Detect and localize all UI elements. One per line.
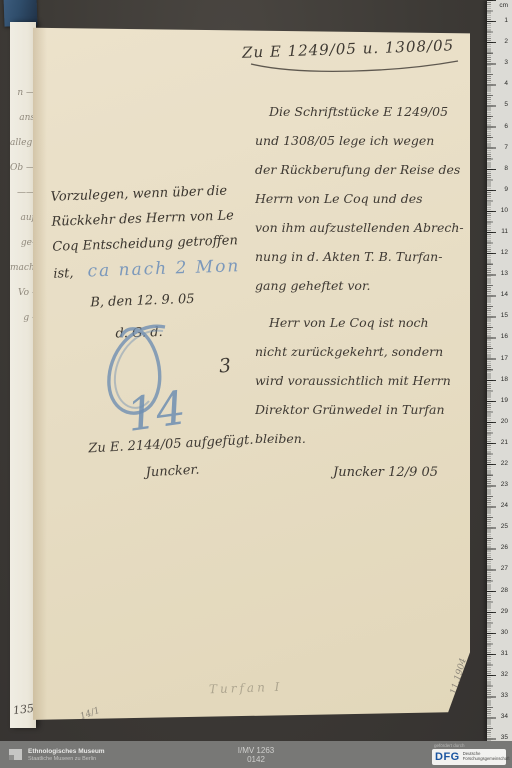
ruler-tick-label: 6 — [504, 123, 508, 130]
ruler-row: 5 — [487, 94, 512, 115]
previous-page-edge: n —ansalleg.Ob ———aufge-machenVo -g - 13… — [10, 22, 36, 728]
ruler-row: 20 — [487, 411, 512, 432]
handwriting-fragment: g - — [10, 313, 35, 338]
ruler-tick-label: 25 — [501, 523, 508, 530]
main-note-text: Die Schriftstücke E 1249/05und 1308/05 l… — [255, 97, 469, 487]
ruler-row: 28 — [487, 580, 512, 601]
handwriting-fragment: Vo - — [10, 288, 35, 313]
ruler-tick-label: 15 — [501, 312, 508, 319]
ruler-row: 25 — [487, 516, 512, 537]
ruler-row: 22 — [487, 453, 512, 474]
ruler-tick-label: 13 — [501, 270, 508, 277]
ruler-tick-label: 7 — [504, 144, 508, 151]
handwriting-line: nung in d. Akten T. B. Turfan- — [255, 242, 469, 271]
funding-credit: gefördert durch DFG Deutsche Forschungsg… — [432, 743, 506, 765]
handwriting-line: nicht zurückgekehrt, sondern — [255, 337, 469, 366]
ruler-row: 21 — [487, 432, 512, 453]
handwriting-line: Herr von Le Coq ist noch — [255, 308, 469, 337]
document-page: Zu E 1249/05 u. 1308/05 Die Schriftstück… — [33, 25, 470, 722]
pencil-stamp-turfan: Turfan I — [209, 680, 283, 697]
main-note-paragraph-1: Die Schriftstücke E 1249/05und 1308/05 l… — [255, 97, 469, 300]
ruler-row: cm — [487, 0, 512, 10]
ruler-row: 33 — [487, 685, 512, 706]
ruler-row: 27 — [487, 558, 512, 579]
ruler-tick-label: 8 — [504, 165, 508, 172]
line-prefix: ist, — [53, 266, 74, 282]
ruler-tick-label: 16 — [501, 333, 508, 340]
file-reference-header: Zu E 1249/05 u. 1308/05 — [242, 36, 455, 61]
ruler-tick-label: cm — [499, 2, 508, 9]
ruler-row: 14 — [487, 284, 512, 305]
ruler-row: 3 — [487, 52, 512, 73]
blue-pencil-addition: ca nach 2 Mon — [87, 256, 240, 281]
corner-pencil-date: 11.1904 — [449, 657, 469, 696]
ruler-tick-label: 10 — [501, 207, 508, 214]
folio-fraction: 14/1 — [79, 706, 101, 722]
funding-note: gefördert durch — [434, 743, 465, 748]
ruler-row: 8 — [487, 158, 512, 179]
ink-count-mark: 3 — [218, 354, 232, 377]
ruler: cm 1 2 3 4 5 6 7 8 9 10 11 — [487, 0, 512, 741]
ruler-tick-label: 29 — [501, 608, 508, 615]
ruler-tick-label: 20 — [501, 418, 508, 425]
ruler-row: 31 — [487, 643, 512, 664]
handwriting-line: gang geheftet vor. — [255, 271, 469, 300]
marginal-lines: Vorzulegen, wenn über dieRückkehr des He… — [50, 177, 264, 259]
ruler-row: 13 — [487, 263, 512, 284]
ruler-row: 1 — [487, 10, 512, 31]
ruler-row: 16 — [487, 326, 512, 347]
ruler-row: 6 — [487, 115, 512, 136]
dfg-full-name: Deutsche Forschungsgemeinschaft — [463, 752, 510, 762]
ruler-row: 24 — [487, 495, 512, 516]
ruler-row: 11 — [487, 221, 512, 242]
ruler-tick-label: 31 — [501, 650, 508, 657]
handwriting-fragment: —— — [10, 188, 35, 213]
filing-note: Zu E. 2144/05 aufgefügt. Juncker. — [88, 427, 256, 490]
ruler-row: 9 — [487, 179, 512, 200]
ruler-tick-label: 2 — [504, 38, 508, 45]
ruler-row: 35 — [487, 727, 512, 741]
ruler-tick-label: 33 — [501, 692, 508, 699]
ruler-tick-label: 12 — [501, 249, 508, 256]
main-note-paragraph-2: Herr von Le Coq ist nochnicht zurückgeke… — [255, 308, 469, 453]
ruler-row: 34 — [487, 706, 512, 727]
ruler-row: 7 — [487, 137, 512, 158]
ruler-tick-label: 5 — [504, 101, 508, 108]
handwriting-fragment: ge- — [10, 238, 35, 263]
handwriting-line: wird voraussichtlich mit Herrn — [255, 366, 469, 395]
ruler-tick-label: 21 — [501, 439, 508, 446]
blue-pencil-number-mark: 14 — [83, 319, 218, 447]
folio-number-previous: 135 — [12, 702, 34, 717]
ruler-row: 2 — [487, 31, 512, 52]
ruler-tick-label: 19 — [501, 397, 508, 404]
place-date-line: B, den 12. 9. 05 — [54, 284, 267, 316]
ruler-row: 30 — [487, 622, 512, 643]
handwriting-line: ist, ca nach 2 Mon — [53, 254, 266, 286]
ruler-tick-label: 17 — [501, 355, 508, 362]
dfg-logo: DFG Deutsche Forschungsgemeinschaft — [432, 749, 506, 765]
ruler-row: 18 — [487, 369, 512, 390]
dfg-acronym: DFG — [435, 751, 460, 763]
ruler-tick-label: 18 — [501, 376, 508, 383]
handwriting-line: bleiben. — [255, 424, 469, 453]
ruler-row: 32 — [487, 664, 512, 685]
ruler-tick-label: 35 — [501, 734, 508, 741]
ruler-row: 23 — [487, 474, 512, 495]
ruler-tick-label: 26 — [501, 544, 508, 551]
ruler-tick-label: 1 — [504, 17, 508, 24]
handwriting-line: Direktor Grünwedel in Turfan — [255, 395, 469, 424]
folio-number-current: 136 — [63, 722, 86, 738]
handwriting-fragment: ans — [10, 113, 35, 138]
handwriting-line: und 1308/05 lege ich wegen — [255, 126, 469, 155]
ruler-row: 10 — [487, 200, 512, 221]
ruler-scale: cm 1 2 3 4 5 6 7 8 9 10 11 — [487, 0, 512, 741]
ruler-tick-label: 28 — [501, 587, 508, 594]
ruler-row: 17 — [487, 348, 512, 369]
ruler-row: 15 — [487, 305, 512, 326]
ruler-tick-label: 34 — [501, 713, 508, 720]
ruler-tick-label: 23 — [501, 481, 508, 488]
handwriting-fragment: alleg. — [10, 138, 35, 163]
dfg-name-line2: Forschungsgemeinschaft — [463, 756, 510, 761]
ruler-row: 4 — [487, 73, 512, 94]
underline-flourish — [247, 59, 462, 77]
ruler-tick-label: 30 — [501, 629, 508, 636]
ruler-tick-label: 22 — [501, 460, 508, 467]
ruler-tick-label: 3 — [504, 59, 508, 66]
scan-stage: n —ansalleg.Ob ———aufge-machenVo -g - 13… — [0, 0, 512, 768]
handwriting-line: Herrn von Le Coq und des — [255, 184, 469, 213]
handwriting-line: Die Schriftstücke E 1249/05 — [255, 97, 469, 126]
footer-bar: Ethnologisches Museum Staatliche Museen … — [0, 741, 512, 768]
handwriting-fragment: auf — [10, 213, 35, 238]
ruler-row: 12 — [487, 242, 512, 263]
ruler-tick-label: 14 — [501, 291, 508, 298]
ruler-tick-label: 4 — [504, 80, 508, 87]
previous-page-handwriting: n —ansalleg.Ob ———aufge-machenVo -g - — [10, 88, 35, 338]
signature-juncker: Juncker 12/9 05 — [255, 458, 469, 487]
ruler-tick-label: 11 — [501, 228, 508, 235]
ruler-tick-label: 27 — [501, 565, 508, 572]
handwriting-fragment: Ob — — [10, 163, 35, 188]
ruler-tick-label: 24 — [501, 502, 508, 509]
ruler-row: 26 — [487, 537, 512, 558]
ruler-tick-label: 32 — [501, 671, 508, 678]
ruler-tick-label: 9 — [504, 186, 508, 193]
ruler-row: 19 — [487, 390, 512, 411]
handwriting-fragment: n — — [10, 88, 35, 113]
handwriting-line: von ihm aufzustellenden Abrech- — [255, 213, 469, 242]
handwriting-fragment: machen — [10, 263, 35, 288]
handwriting-line: der Rückberufung der Reise des — [255, 155, 469, 184]
ruler-row: 29 — [487, 601, 512, 622]
